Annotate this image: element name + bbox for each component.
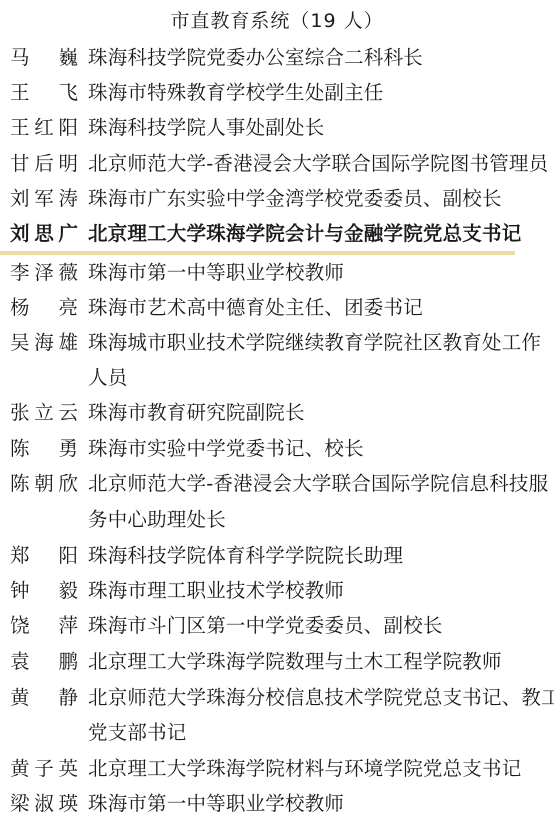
person-position-line2: 党支部书记: [88, 716, 550, 749]
person-position: 北京理工大学珠海学院材料与环境学院党总支书记: [88, 752, 550, 785]
person-name: 饶 萍: [10, 609, 78, 642]
person-name: 刘军涛: [10, 182, 78, 215]
person-name: 黄 静: [10, 681, 78, 714]
person-name: 陈 勇: [10, 432, 78, 465]
person-name: 甘后明: [10, 147, 78, 180]
highlight-underline: [0, 251, 515, 255]
person-name: 郑 阳: [10, 539, 78, 572]
person-name: 刘思广: [10, 217, 78, 250]
person-position: 珠海市第一中等职业学校教师: [88, 256, 550, 289]
person-position-line2: 人员: [88, 361, 550, 394]
person-name: 陈朝欣: [10, 467, 78, 500]
person-name: 马 巍: [10, 41, 78, 74]
person-position: 珠海科技学院党委办公室综合二科科长: [88, 41, 550, 74]
person-position: 珠海市艺术高中德育处主任、团委书记: [88, 291, 550, 324]
person-position: 珠海市斗门区第一中学党委委员、副校长: [88, 609, 550, 642]
person-name: 杨 亮: [10, 291, 78, 324]
section-title: 市直教育系统（19 人）: [0, 6, 554, 36]
person-position: 珠海市广东实验中学金湾学校党委委员、副校长: [88, 182, 550, 215]
person-name: 王 飞: [10, 76, 78, 109]
person-position: 珠海科技学院体育科学学院院长助理: [88, 539, 550, 572]
person-position-line2: 务中心助理处长: [88, 503, 550, 536]
person-position: 珠海市第一中等职业学校教师: [88, 787, 550, 820]
person-position: 北京师范大学-香港浸会大学联合国际学院信息科技服: [88, 467, 550, 500]
person-name: 袁 鹏: [10, 645, 78, 678]
person-name: 黄子英: [10, 752, 78, 785]
person-name: 梁淑瑛: [10, 787, 78, 820]
person-position: 珠海市特殊教育学校学生处副主任: [88, 76, 550, 109]
person-position: 北京理工大学珠海学院数理与土木工程学院教师: [88, 645, 550, 678]
person-position: 北京师范大学珠海分校信息技术学院党总支书记、教工: [88, 681, 550, 714]
person-name: 钟 毅: [10, 574, 78, 607]
person-position: 北京师范大学-香港浸会大学联合国际学院图书管理员: [88, 147, 550, 180]
document-page: 市直教育系统（19 人） 马 巍 珠海科技学院党委办公室综合二科科长 王 飞 珠…: [0, 0, 554, 838]
person-position: 珠海科技学院人事处副处长: [88, 111, 550, 144]
person-position: 北京理工大学珠海学院会计与金融学院党总支书记: [88, 217, 550, 250]
person-position: 珠海市实验中学党委书记、校长: [88, 432, 550, 465]
person-name: 张立云: [10, 396, 78, 429]
person-name: 吴海雄: [10, 326, 78, 359]
person-position: 珠海市教育研究院副院长: [88, 396, 550, 429]
person-position: 珠海城市职业技术学院继续教育学院社区教育处工作: [88, 326, 550, 359]
person-name: 王红阳: [10, 111, 78, 144]
person-position: 珠海市理工职业技术学校教师: [88, 574, 550, 607]
person-name: 李泽薇: [10, 256, 78, 289]
